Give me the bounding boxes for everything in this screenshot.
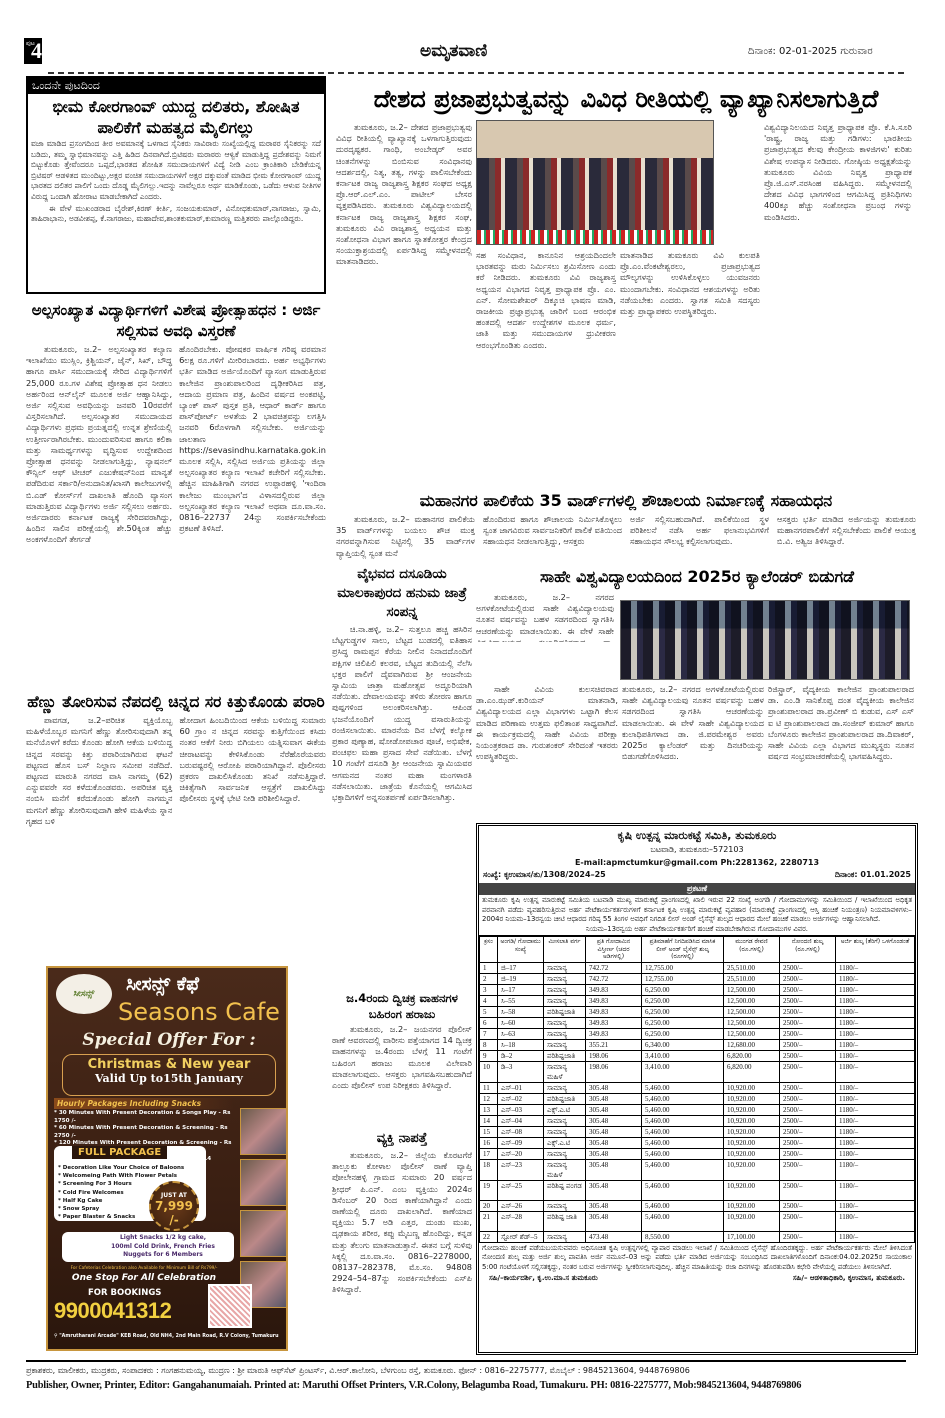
story-column: ವಿಶ್ವವಿದ್ಯಾನಿಲಯದ ನಿವೃತ್ತ ಪ್ರಾಧ್ಯಾಪಕ ಪ್ರೊ…: [764, 122, 912, 223]
cafeteria-note: For Cafeterias Celebration also Availabl…: [54, 1266, 234, 1271]
issue-date: ದಿನಾಂಕ: 02-01-2025 ಗುರುವಾರ: [748, 46, 873, 57]
table-cell: ಎಕ್ಸ್.ಎ.ಟಿ: [544, 1137, 586, 1148]
table-header-row: ಕ್ರಸಂ ಅಂಗಡಿ/ ಗೋದಾಮು ಸಂಖ್ಯೆ ಮೀಸಲಾತಿ ವರ್ಗ …: [480, 937, 915, 963]
table-cell: ಎಕ್ಸ್.ಎ.ಟಿ: [544, 1104, 586, 1115]
lead-story-col4: ವಿಶ್ವವಿದ್ಯಾನಿಲಯದ ನಿವೃತ್ತ ಪ್ರಾಧ್ಯಾಪಕ ಪ್ರೊ…: [764, 122, 912, 510]
notice-intro: ತುಮಕೂರು ಕೃಷಿ ಉತ್ಪನ್ನ ಮಾರುಕಟ್ಟೆ ಸಮಿತಿಯ ಬಟ…: [479, 895, 915, 936]
table-cell: ಸಾಮಾನ್ಯ ಮಹಿಳೆ: [544, 1061, 586, 1082]
paragraph: ಈ ವೇಳೆ ಮುಖಂಡರಾದ ಬೈರೇಶ್,ಕಿರಣ್ ಕೀರ್ತಿ, ಸಂಜ…: [31, 204, 321, 225]
header-divider: [48, 72, 904, 74]
snacks-line: Light Snacks 1/2 kg cake,: [92, 1234, 234, 1243]
continued-story-box: ಒಂದನೇ ಪುಟದಿಂದ ಭೀಮ ಕೋರಗಾಂವ್ ಯುದ್ದ ದಲಿತರು,…: [26, 76, 326, 294]
table-cell: 5,460.00: [642, 1180, 724, 1200]
story-body: ತುಮಕೂರು, ಜ.2– ಜಯನಗರ ಪೊಲೀಸ್ ಠಾಣೆ ಆವರಣದಲ್ಲ…: [332, 1024, 472, 1091]
table-cell: 2500/–: [780, 984, 836, 995]
table-cell: ಎಸ್–02: [498, 1093, 544, 1104]
table-cell: ಸಿ–63: [498, 1028, 544, 1039]
table-cell: 10,920.00: [724, 1148, 780, 1159]
table-cell: 305.48: [586, 1148, 642, 1159]
table-cell: 305.48: [586, 1082, 642, 1093]
table-cell: 8,550.00: [642, 1231, 724, 1242]
table-cell: 2500/–: [780, 1093, 836, 1104]
story-column: ಅರ್ಜಿ ಸಲ್ಲಿಸಬಹುದಾಗಿದೆ. ಪಾಲಿಕೆಯಿಂದ ಸ್ಥಳ ಪ…: [630, 514, 769, 561]
table-cell: 10,920.00: [724, 1093, 780, 1104]
table-cell: 305.48: [586, 1159, 642, 1180]
lead-story-col2: ಸಹ ಸಂವಿಧಾನ, ಕಾನೂನಿನ ಆಶ್ರಯದಿಂದಲೇ ಭಾರತವನ್ನ…: [476, 250, 616, 510]
table-cell: 5,460.00: [642, 1200, 724, 1211]
table-cell: 5,460.00: [642, 1126, 724, 1137]
table-cell: 25,510.00: [724, 962, 780, 973]
table-cell: 5,460.00: [642, 1093, 724, 1104]
table-cell: 1: [480, 962, 498, 973]
story-column: ತುಮಕೂರು, ಜ.2– ನಗರದ ಅಗಳಕೋಟೆಯಲ್ಲಿರುವ ಸಾಹೇ …: [622, 684, 764, 762]
table-cell: 2: [480, 973, 498, 984]
table-cell: 349.83: [586, 1028, 642, 1039]
table-cell: 10,920.00: [724, 1115, 780, 1126]
table-cell: ಸಾಮಾನ್ಯ: [544, 1148, 586, 1159]
table-cell: 5,460.00: [642, 1137, 724, 1148]
table-cell: 2500/–: [780, 1137, 836, 1148]
story-column: ಹೊಂದಿರಬೇಕು. ಪೋಷಕರ ವಾರ್ಷಿಕ ಗರಿಷ್ಠ ವರಮಾನ 6…: [179, 344, 326, 703]
table-cell: 1180/–: [836, 1017, 915, 1028]
table-cell: 10,920.00: [724, 1082, 780, 1093]
lead-story-col1: ತುಮಕೂರು, ಜ.2– ದೇಶದ ಪ್ರಜಾಪ್ರಭುತ್ವವು ವಿವಿಧ…: [336, 122, 472, 510]
seasons-cafe-advert[interactable]: ಸೀಸನ್ಸ್ ಸೀಸನ್ಸ್ ಕೆಫೆ Seasons Cafe Specia…: [46, 966, 288, 1351]
notice-org-title: ಕೃಷಿ ಉತ್ಪನ್ನ ಮಾರುಕಟ್ಟೆ ಸಮಿತಿ, ತುಮಕೂರು: [479, 829, 915, 843]
continued-story-body: ವಜಾ ಮಾಡಿದ ಪ್ರಸಂಗದಿಂದ ತೀರ ಅವಮಾನಕ್ಕೆ ಒಳಗಾದ…: [28, 138, 324, 227]
table-cell: 5,460.00: [642, 1148, 724, 1159]
table-cell: 20: [480, 1200, 498, 1211]
page-number-badge: ಪುಟ 4: [24, 38, 42, 64]
notice-band: ಪ್ರಕಟಣೆ: [479, 883, 915, 895]
table-cell: 2500/–: [780, 1082, 836, 1093]
table-cell: 305.48: [586, 1137, 642, 1148]
table-cell: 1180/–: [836, 1231, 915, 1242]
table-cell: 5,460.00: [642, 1115, 724, 1126]
table-row: 12ಎಸ್–02ಪರಿಶಿಷ್ಟಜಾತಿ305.485,460.0010,920…: [480, 1093, 915, 1104]
table-cell: ಸಾಮಾನ್ಯ: [544, 1126, 586, 1137]
table-cell: 3,410.00: [642, 1061, 724, 1082]
table-cell: 6,820.00: [724, 1050, 780, 1061]
table-cell: 4: [480, 995, 498, 1006]
advert-title-english: Seasons Cafe: [118, 998, 280, 1026]
booking-phone[interactable]: 9900041312: [54, 1298, 171, 1324]
table-cell: 2500/–: [780, 962, 836, 973]
table-cell: 13: [480, 1104, 498, 1115]
table-cell: 10,920.00: [724, 1200, 780, 1211]
table-cell: 1180/–: [836, 1126, 915, 1137]
table-cell: ಸ್ಟೋರ್ ಶೆಡ್–5: [498, 1231, 544, 1242]
table-row: 6ಸಿ–60ಸಾಮಾನ್ಯ349.836,250.0012,500.002500…: [480, 1017, 915, 1028]
table-cell: 15: [480, 1126, 498, 1137]
table-cell: 742.72: [586, 973, 642, 984]
table-cell: 1180/–: [836, 1115, 915, 1126]
table-cell: 2500/–: [780, 1159, 836, 1180]
bookings-label: FOR BOOKINGS: [88, 1288, 161, 1298]
table-cell: 349.83: [586, 1017, 642, 1028]
table-cell: 1180/–: [836, 1200, 915, 1211]
column-header: ಅಂಗಡಿ/ ಗೋದಾಮು ಸಂಖ್ಯೆ: [498, 937, 544, 963]
table-row: 20ಎಸ್–26ಸಾಮಾನ್ಯ305.485,460.0010,920.0025…: [480, 1200, 915, 1211]
table-cell: 1180/–: [836, 1159, 915, 1180]
table-cell: ಪರಿಶಿಷ್ಟಜಾತಿ: [544, 1006, 586, 1017]
table-cell: 742.72: [586, 962, 642, 973]
advert-photo-strip: [240, 1108, 288, 1308]
table-cell: 6,250.00: [642, 1006, 724, 1017]
table-row: 17ಎಸ್–20ಸಾಮಾನ್ಯ305.485,460.0010,920.0025…: [480, 1148, 915, 1159]
table-cell: 6: [480, 1017, 498, 1028]
table-cell: 14: [480, 1115, 498, 1126]
table-cell: 305.48: [586, 1126, 642, 1137]
apmc-tender-notice: ಕೃಷಿ ಉತ್ಪನ್ನ ಮಾರುಕಟ್ಟೆ ಸಮಿತಿ, ತುಮಕೂರು ಬಟ…: [476, 823, 918, 1355]
missing-person-story: ವ್ಯಕ್ತಿ ನಾಪತ್ತೆ ತುಮಕೂರು, ಜ.2– ಜಿಲ್ಲೆಯ ಕೊ…: [332, 1130, 472, 1350]
column-header: ನೋಂದಣಿ ಶುಲ್ಕ (ರೂ.ಗಳಲ್ಲಿ): [780, 937, 836, 963]
story-body: ತುಮಕೂರು, ಜ.2– ಜಿಲ್ಲೆಯ ಕೊರಟಗೆರೆ ತಾಲ್ಲೂಕು …: [332, 1150, 472, 1296]
calendar-story-col1: ಸಾಹೇ ವಿವಿಯ ಕುಲಸಚಿವರಾದ ಡಾ.ಎಂ.ಝಡ್.ಕುರಿಯನ್ …: [476, 684, 618, 818]
table-cell: ಎಸ್–09: [498, 1137, 544, 1148]
table-cell: ಎಸ್–23: [498, 1159, 544, 1180]
table-cell: ಸಿ–17: [498, 984, 544, 995]
table-cell: 7: [480, 1028, 498, 1039]
table-cell: 2500/–: [780, 1039, 836, 1050]
table-row: 10ಡಿ–3ಸಾಮಾನ್ಯ ಮಹಿಳೆ198.063,410.006,820.0…: [480, 1061, 915, 1082]
advert-title-kannada: ಸೀಸನ್ಸ್ ಕೆಫೆ: [126, 973, 199, 995]
snacks-line: Nuggets for 6 Members: [92, 1251, 234, 1260]
special-offer-heading: Special Offer For :: [48, 1030, 288, 1050]
table-cell: 17: [480, 1148, 498, 1159]
table-row: 21ಎಸ್–28ಪರಿಶಿಷ್ಟ ಜಾತಿ305.485,460.0010,92…: [480, 1211, 915, 1231]
table-cell: 2500/–: [780, 1104, 836, 1115]
table-cell: 305.48: [586, 1180, 642, 1200]
table-cell: 2500/–: [780, 1115, 836, 1126]
table-cell: ಸಾಮಾನ್ಯ: [544, 973, 586, 984]
table-cell: 12,500.00: [724, 1028, 780, 1039]
package-item: * 30 Minutes With Present Decoration & S…: [54, 1110, 234, 1125]
banner-occasion: Christmas & New year: [63, 1057, 275, 1072]
table-cell: 22: [480, 1231, 498, 1242]
table-cell: ಎಸ್–03: [498, 1104, 544, 1115]
table-cell: 5,460.00: [642, 1104, 724, 1115]
table-row: 16ಎಸ್–09ಎಕ್ಸ್.ಎ.ಟಿ305.485,460.0010,920.0…: [480, 1137, 915, 1148]
table-cell: 2500/–: [780, 1050, 836, 1061]
table-cell: 10,920.00: [724, 1104, 780, 1115]
paragraph: ವಜಾ ಮಾಡಿದ ಪ್ರಸಂಗದಿಂದ ತೀರ ಅವಮಾನಕ್ಕೆ ಒಳಗಾದ…: [31, 139, 321, 203]
column-header: ಮೀಸಲಾತಿ ವರ್ಗ: [544, 937, 586, 963]
snacks-line: 100ml Cold Drink, French Fries: [92, 1243, 234, 1252]
notice-ref-number: ಸಂಖ್ಯೆ: ಕೃಉಮಾಸ/ತು/1308/2024–25: [483, 870, 606, 880]
story-column: ತುಮಕೂರು, ಜ.2– ನಗರದ ಅಗಳಕೋಟೆಯಲ್ಲಿರುವ ಸಾಹೇ …: [476, 592, 614, 642]
table-cell: ಡಿ–3: [498, 1061, 544, 1082]
table-cell: ಎಸ್–04: [498, 1115, 544, 1126]
table-cell: 6,820.00: [724, 1061, 780, 1082]
table-cell: 6,250.00: [642, 984, 724, 995]
hourly-packages-heading: Hourly Packages Including Snacks: [54, 1098, 234, 1109]
table-cell: 18: [480, 1159, 498, 1180]
column-header: ಮುಂಗಡ ಠೇವಣಿ (ರೂ.ಗಳಲ್ಲಿ): [724, 937, 780, 963]
table-cell: 198.06: [586, 1061, 642, 1082]
table-row: 2ಜಿ–19ಸಾಮಾನ್ಯ742.7212,755.0025,510.00250…: [480, 973, 915, 984]
table-cell: 10,920.00: [724, 1180, 780, 1200]
table-cell: 1180/–: [836, 973, 915, 984]
continued-from-label: ಒಂದನೇ ಪುಟದಿಂದ: [28, 78, 324, 94]
table-cell: ಸಾಮಾನ್ಯ: [544, 1039, 586, 1050]
conference-inauguration-photo: [476, 120, 714, 245]
table-cell: 2500/–: [780, 1211, 836, 1231]
table-cell: 2500/–: [780, 1028, 836, 1039]
godown-allotment-table: ಕ್ರಸಂ ಅಂಗಡಿ/ ಗೋದಾಮು ಸಂಖ್ಯೆ ಮೀಸಲಾತಿ ವರ್ಗ …: [479, 936, 915, 1243]
table-cell: 1180/–: [836, 1082, 915, 1093]
table-row: 22ಸ್ಟೋರ್ ಶೆಡ್–5ಸಾಮಾನ್ಯ473.488,550.0017,1…: [480, 1231, 915, 1242]
table-cell: 305.48: [586, 1093, 642, 1104]
table-cell: 349.83: [586, 1006, 642, 1017]
table-cell: 1180/–: [836, 1050, 915, 1061]
table-row: 11ಎಸ್–01ಸಾಮಾನ್ಯ305.485,460.0010,920.0025…: [480, 1082, 915, 1093]
story-headline: ಜ.4ರಂದು ದ್ವಿಚಕ್ರ ವಾಹನಗಳ ಬಹಿರಂಗ ಹರಾಜು: [332, 990, 472, 1022]
table-cell: 305.48: [586, 1211, 642, 1231]
table-row: 5ಸಿ–58ಪರಿಶಿಷ್ಟಜಾತಿ349.836,250.0012,500.0…: [480, 1006, 915, 1017]
table-cell: 10,920.00: [724, 1137, 780, 1148]
table-cell: ಸಿ–55: [498, 995, 544, 1006]
table-cell: ಸಾಮಾನ್ಯ: [544, 1082, 586, 1093]
table-cell: 10,920.00: [724, 1211, 780, 1231]
table-cell: 5: [480, 1006, 498, 1017]
table-row: 14ಎಸ್–04ಸಾಮಾನ್ಯ305.485,460.0010,920.0025…: [480, 1115, 915, 1126]
full-package-label: FULL PACKAGE: [72, 1146, 167, 1159]
table-cell: 1180/–: [836, 1104, 915, 1115]
footer-divider: [26, 1360, 906, 1362]
table-cell: 198.06: [586, 1050, 642, 1061]
table-cell: ಸಾಮಾನ್ಯ: [544, 984, 586, 995]
table-row: 19ಎಸ್–25ಪರಿಶಿಷ್ಟ ಪಂಗಡ305.485,460.0010,92…: [480, 1180, 915, 1200]
table-cell: 5,460.00: [642, 1082, 724, 1093]
lead-story-col3: ಮಾತನಾಡಿದ ತುಮಕೂರು ವಿವಿ ಕುಲಪತಿ ಪ್ರೊ.ಎಂ.ವೆಂ…: [620, 250, 760, 510]
table-cell: ಪರಿಶಿಷ್ಟ ಜಾತಿ: [544, 1211, 586, 1231]
table-cell: 12,500.00: [724, 984, 780, 995]
table-cell: 1180/–: [836, 1039, 915, 1050]
table-cell: ಎಸ್–20: [498, 1148, 544, 1159]
table-cell: ಎಸ್–01: [498, 1082, 544, 1093]
toilet-subsidy-headline: ಮಹಾನಗರ ಪಾಲಿಕೆಯ 35 ವಾರ್ಡ್‌ಗಳಲ್ಲಿ ಶೌಚಾಲಯ ನ…: [336, 490, 916, 512]
table-cell: 349.83: [586, 995, 642, 1006]
table-cell: 2500/–: [780, 1148, 836, 1159]
table-cell: ಪರಿಶಿಷ್ಟಜಾತಿ: [544, 1093, 586, 1104]
table-cell: 2500/–: [780, 995, 836, 1006]
table-cell: ಸಾಮಾನ್ಯ: [544, 1231, 586, 1242]
table-cell: 10,920.00: [724, 1126, 780, 1137]
table-cell: 2500/–: [780, 1231, 836, 1242]
continued-story-headline: ಭೀಮ ಕೋರಗಾಂವ್ ಯುದ್ದ ದಲಿತರು, ಶೋಷಿತ ಪಾಲಿಕೆಗ…: [28, 94, 324, 138]
calendar-release-headline: ಸಾಹೇ ವಿಶ್ವವಿದ್ಯಾಲಯದಿಂದ 2025ರ ಕ್ಯಾಲೆಂಡರ್ …: [476, 566, 918, 588]
table-cell: 6,250.00: [642, 1017, 724, 1028]
tagline: One Stop For All Celebration: [54, 1273, 234, 1283]
column-header: ಅರ್ಜಿ ಶುಲ್ಕ (ತೆರಿಗೆ) ಒಳಗೊಂಡಂತೆ: [836, 937, 915, 963]
table-cell: 17,100.00: [724, 1231, 780, 1242]
table-cell: 6,340.00: [642, 1039, 724, 1050]
table-cell: 11: [480, 1082, 498, 1093]
notice-footer-text: ಗೋದಾಮು ಹಂಚಿಕೆ ಪಡೆಯಬಯಸುವವರು ಅಧಿಸೂಚಿತ ಕೃಷಿ…: [479, 1243, 915, 1274]
package-item: * Decoration Like Your Choice of Baloons: [58, 1164, 184, 1172]
vehicle-auction-story: ಜ.4ರಂದು ದ್ವಿಚಕ್ರ ವಾಹನಗಳ ಬಹಿರಂಗ ಹರಾಜು ತುಮ…: [332, 990, 472, 1110]
table-cell: ಸಾಮಾನ್ಯ: [544, 962, 586, 973]
table-row: 18ಎಸ್–23ಸಾಮಾನ್ಯ ಮಹಿಳೆ305.485,460.0010,92…: [480, 1159, 915, 1180]
story-column: ಆಸಕ್ತರು ಭರ್ತಿ ಮಾಡಿದ ಅರ್ಜಿಯನ್ನು ತುಮಕೂರು ಮ…: [777, 514, 916, 561]
story-column: ತುಮಕೂರು, ಜ.2– ಮಹಾನಗರ ಪಾಲಿಕೆಯ 35 ವಾರ್ಡ್‌ಗ…: [336, 514, 475, 561]
story-column: ತುಮಕೂರು, ಜ.2– ದೇಶದ ಪ್ರಜಾಪ್ರಭುತ್ವವು ವಿವಿಧ…: [336, 122, 472, 268]
table-cell: 3,410.00: [642, 1050, 724, 1061]
notice-intro-text: ತುಮಕೂರು ಕೃಷಿ ಉತ್ಪನ್ನ ಮಾರುಕಟ್ಟೆ ಸಮಿತಿಯ ಬಟ…: [482, 896, 912, 925]
price-value: 7,999 /-: [151, 1199, 197, 1227]
table-row: 8ಸಿ–18ಸಾಮಾನ್ಯ355.216,340.0012,680.002500…: [480, 1039, 915, 1050]
package-item: * 60 Minutes With Present Decoration & S…: [54, 1125, 234, 1140]
calendar-story-col2: ತುಮಕೂರು, ಜ.2– ನಗರದ ಅಗಳಕೋಟೆಯಲ್ಲಿರುವ ಸಾಹೇ …: [622, 684, 764, 818]
table-cell: 5,460.00: [642, 1211, 724, 1231]
table-cell: 6,250.00: [642, 995, 724, 1006]
column-header: ಪ್ರತಿ ಗೋದಾಮಿನ ವಿಸ್ತೀರ್ಣ (ಚದರ ಅಡಿಗಳಲ್ಲಿ): [586, 937, 642, 963]
advert-address: ⚲ "Amrutharani Arcade" KEB Road, Old NH4…: [54, 1334, 288, 1339]
package-item: * Welcomeing Path With Flower Petals: [58, 1172, 184, 1180]
table-cell: ಪರಿಶಿಷ್ಟ ಪಂಗಡ: [544, 1180, 586, 1200]
address-text: "Amrutharani Arcade" KEB Road, Old NH4, …: [59, 1334, 278, 1339]
column-header: ಕ್ರಸಂ: [480, 937, 498, 963]
page-label: ಪುಟ: [26, 40, 34, 47]
notice-contact: E-mail:apmctumkur@gmail.com Ph:2281362, …: [479, 858, 915, 867]
banner-validity: Valid Up to15th January: [63, 1072, 275, 1085]
toilet-subsidy-body: ತುಮಕೂರು, ಜ.2– ಮಹಾನಗರ ಪಾಲಿಕೆಯ 35 ವಾರ್ಡ್‌ಗ…: [336, 514, 916, 562]
table-row: 15ಎಸ್–08ಸಾಮಾನ್ಯ305.485,460.0010,920.0025…: [480, 1126, 915, 1137]
table-cell: ಜಿ–17: [498, 962, 544, 973]
story-headline: ಹೆಣ್ಣು ತೋರಿಸುವ ನೆಪದಲ್ಲಿ ಚಿನ್ನದ ಸರ ಕಿತ್ತು…: [26, 692, 326, 713]
table-cell: 10: [480, 1061, 498, 1082]
story-body: ಚಿ.ನಾ.ಹಳ್ಳಿ, ಜ.2– ಸುತ್ತಲೂ ಹಚ್ಚ ಹಸಿರಿನ ಬೆ…: [332, 624, 472, 803]
table-cell: 16: [480, 1137, 498, 1148]
notice-org-address: ಬಟವಾಡಿ, ತುಮಕೂರು–572103: [479, 845, 915, 855]
table-cell: 8: [480, 1039, 498, 1050]
story-column: ಪಾವಗಡ, ಜ.2–ಪರಿಚಿತ ವ್ಯಕ್ತಿಯೊಬ್ಬ ಮಹಿಳೆಯೊಬ್…: [26, 715, 173, 934]
snacks-panel: Light Snacks 1/2 kg cake, 100ml Cold Dri…: [62, 1232, 234, 1262]
table-cell: 1180/–: [836, 1148, 915, 1159]
story-headline: ಅಲ್ಪಸಂಖ್ಯಾತ ವಿದ್ಯಾರ್ಥಿಗಳಿಗೆ ವಿಶೇಷ ಪ್ರೋತ್…: [26, 300, 326, 342]
table-cell: 12,755.00: [642, 962, 724, 973]
table-row: 13ಎಸ್–03ಎಕ್ಸ್.ಎ.ಟಿ305.485,460.0010,920.0…: [480, 1104, 915, 1115]
table-cell: ಸಾಮಾನ್ಯ: [544, 1115, 586, 1126]
story-column: ತುಮಕೂರು, ಜ.2– ಅಲ್ಪಸಂಖ್ಯಾತರ ಕಲ್ಯಾಣ ಇಲಾಖೆಯ…: [26, 344, 172, 703]
minority-scholarship-story: ಅಲ್ಪಸಂಖ್ಯಾತ ವಿದ್ಯಾರ್ಥಿಗಳಿಗೆ ವಿಶೇಷ ಪ್ರೋತ್…: [26, 300, 326, 704]
table-cell: 1180/–: [836, 1093, 915, 1104]
table-cell: ಜಿ–19: [498, 973, 544, 984]
table-cell: 1180/–: [836, 1211, 915, 1231]
story-headline: ವೈಭವದ ದಸೂಡಿಯ ಮಾಲಕಾಪುರದ ಹನುಮ ಜಾತ್ರೆ ಸಂಪನ್…: [332, 565, 472, 622]
table-cell: 10,920.00: [724, 1159, 780, 1180]
table-cell: ಸಾಮಾನ್ಯ: [544, 1200, 586, 1211]
table-cell: ಎಸ್–26: [498, 1200, 544, 1211]
imprint-english: Publisher, Owner, Printer, Editor: Ganga…: [26, 1380, 906, 1391]
imprint-kannada: ಪ್ರಕಾಶಕರು, ಮಾಲೀಕರು, ಮುದ್ರಕರು, ಸಂಪಾದಕರು :…: [26, 1366, 906, 1376]
table-row: 7ಸಿ–63ಸಾಮಾನ್ಯ349.836,250.0012,500.002500…: [480, 1028, 915, 1039]
table-row: 1ಜಿ–17ಸಾಮಾನ್ಯ742.7212,755.0025,510.00250…: [480, 962, 915, 973]
table-cell: ಸಾಮಾನ್ಯ: [544, 1017, 586, 1028]
story-headline: ವ್ಯಕ್ತಿ ನಾಪತ್ತೆ: [332, 1130, 472, 1148]
table-cell: 2500/–: [780, 1126, 836, 1137]
table-cell: 12,755.00: [642, 973, 724, 984]
table-cell: ಸಾಮಾನ್ಯ: [544, 995, 586, 1006]
table-cell: 3: [480, 984, 498, 995]
table-cell: 305.48: [586, 1200, 642, 1211]
price-prefix: JUST AT: [151, 1192, 197, 1199]
table-cell: 19: [480, 1180, 498, 1200]
table-cell: 25,510.00: [724, 973, 780, 984]
story-column: ರಿಜಿಸ್ಟ್ರಾರ್, ವೈದ್ಯಕೀಯ ಕಾಲೇಜಿನ ಪ್ರಾಂಶುಪಾ…: [768, 684, 914, 762]
calendar-story-col3: ರಿಜಿಸ್ಟ್ರಾರ್, ವೈದ್ಯಕೀಯ ಕಾಲೇಜಿನ ಪ್ರಾಂಶುಪಾ…: [768, 684, 914, 818]
table-row: 3ಸಿ–17ಸಾಮಾನ್ಯ349.836,250.0012,500.002500…: [480, 984, 915, 995]
table-cell: 5,460.00: [642, 1159, 724, 1180]
holiday-banner: Christmas & New year Valid Up to15th Jan…: [62, 1054, 276, 1096]
table-cell: 6,250.00: [642, 1028, 724, 1039]
table-cell: 1180/–: [836, 962, 915, 973]
signature-administrator: ಸಹಿ/– ಆಡಳಿತಾಧಿಕಾರಿ, ಕೃಉಮಾಸ, ತುಮಕೂರು.: [793, 1274, 905, 1283]
table-cell: 2500/–: [780, 1180, 836, 1200]
table-cell: 2500/–: [780, 1017, 836, 1028]
table-cell: ಸಿ–58: [498, 1006, 544, 1017]
story-column: ಹೋದಾಗ ಹಿಂಬದಿಯಿಂದ ಆಕೆಯ ಬಳಿಯಿದ್ದ ಸುಮಾರು 60…: [180, 715, 327, 934]
table-cell: ಪರಿಶಿಷ್ಟಜಾತಿ: [544, 1050, 586, 1061]
calendar-release-photo: [620, 600, 910, 680]
calendar-story-col1a: ತುಮಕೂರು, ಜ.2– ನಗರದ ಅಗಳಕೋಟೆಯಲ್ಲಿರುವ ಸಾಹೇ …: [476, 592, 614, 642]
table-cell: 1180/–: [836, 1137, 915, 1148]
table-cell: ಸಿ–60: [498, 1017, 544, 1028]
table-cell: 1180/–: [836, 995, 915, 1006]
table-cell: 1180/–: [836, 1028, 915, 1039]
table-cell: 1180/–: [836, 1006, 915, 1017]
table-cell: ಎಸ್–25: [498, 1180, 544, 1200]
price-badge: JUST AT 7,999 /-: [149, 1181, 199, 1231]
column-header: ಪ್ರತಿಮಾಹೆಗೆ ನಿಗದಿಪಡಿಸಿದ ಮಾಸಿಕ ಲೀಸ್ ಅಂಡ್ …: [642, 937, 724, 963]
table-cell: ಎಸ್–28: [498, 1211, 544, 1231]
chain-snatch-story: ಹೆಣ್ಣು ತೋರಿಸುವ ನೆಪದಲ್ಲಿ ಚಿನ್ನದ ಸರ ಕಿತ್ತು…: [26, 692, 326, 935]
table-cell: ಸಾಮಾನ್ಯ ಮಹಿಳೆ: [544, 1159, 586, 1180]
table-cell: ಎಸ್–08: [498, 1126, 544, 1137]
signature-secretary: ಸಹಿ/–ಕಾರ್ಯದರ್ಶಿ, ಕೃ.ಉ.ಮಾ.ಸ ತುಮಕೂರು: [489, 1274, 598, 1283]
table-cell: ಡಿ–2: [498, 1050, 544, 1061]
table-cell: 355.21: [586, 1039, 642, 1050]
table-cell: 2500/–: [780, 1061, 836, 1082]
table-row: 9ಡಿ–2ಪರಿಶಿಷ್ಟಜಾತಿ198.063,410.006,820.002…: [480, 1050, 915, 1061]
qr-code-icon[interactable]: [208, 1284, 252, 1328]
notice-date: ದಿನಾಂಕ: 01.01.2025: [835, 870, 911, 880]
table-cell: 12,500.00: [724, 1006, 780, 1017]
table-cell: 1180/–: [836, 1061, 915, 1082]
story-column: ಸಾಹೇ ವಿವಿಯ ಕುಲಸಚಿವರಾದ ಡಾ.ಎಂ.ಝಡ್.ಕುರಿಯನ್ …: [476, 684, 618, 762]
table-row: 4ಸಿ–55ಸಾಮಾನ್ಯ349.836,250.0012,500.002500…: [480, 995, 915, 1006]
table-cell: 2500/–: [780, 1200, 836, 1211]
table-cell: 305.48: [586, 1115, 642, 1126]
table-cell: 12: [480, 1093, 498, 1104]
lead-headline: ದೇಶದ ಪ್ರಜಾಪ್ರಭುತ್ವವನ್ನು ವಿವಿಧ ರೀತಿಯಲ್ಲಿ …: [336, 82, 916, 116]
story-column: ಮಾತನಾಡಿದ ತುಮಕೂರು ವಿವಿ ಕುಲಪತಿ ಪ್ರೊ.ಎಂ.ವೆಂ…: [620, 250, 760, 317]
table-cell: ಸಿ–18: [498, 1039, 544, 1050]
notice-table-caption: ನಿಯಮ–13ರನ್ವಯ ಅರ್ಹ ಪೇಟೆಕಾರ್ಯಕರ್ತರಿಗೆ ಹಂಚಿ…: [482, 925, 912, 935]
table-cell: 2500/–: [780, 1006, 836, 1017]
table-cell: 12,500.00: [724, 995, 780, 1006]
table-cell: ಸಾಮಾನ್ಯ: [544, 1028, 586, 1039]
newspaper-title: ಅಮೃತವಾಣಿ: [420, 41, 487, 61]
table-cell: 473.48: [586, 1231, 642, 1242]
story-column: ಹೊಂದಿರುವ ಹಾಗೂ ಶೌಚಾಲಯ ನಿರ್ಮಿಸಿಕೊಳ್ಳಲು ಸ್ವ…: [483, 514, 622, 561]
table-cell: 305.48: [586, 1104, 642, 1115]
table-cell: 12,680.00: [724, 1039, 780, 1050]
story-column: ಸಹ ಸಂವಿಧಾನ, ಕಾನೂನಿನ ಆಶ್ರಯದಿಂದಲೇ ಭಾರತವನ್ನ…: [476, 250, 616, 351]
cafe-logo: ಸೀಸನ್ಸ್: [56, 974, 112, 1014]
table-cell: 21: [480, 1211, 498, 1231]
